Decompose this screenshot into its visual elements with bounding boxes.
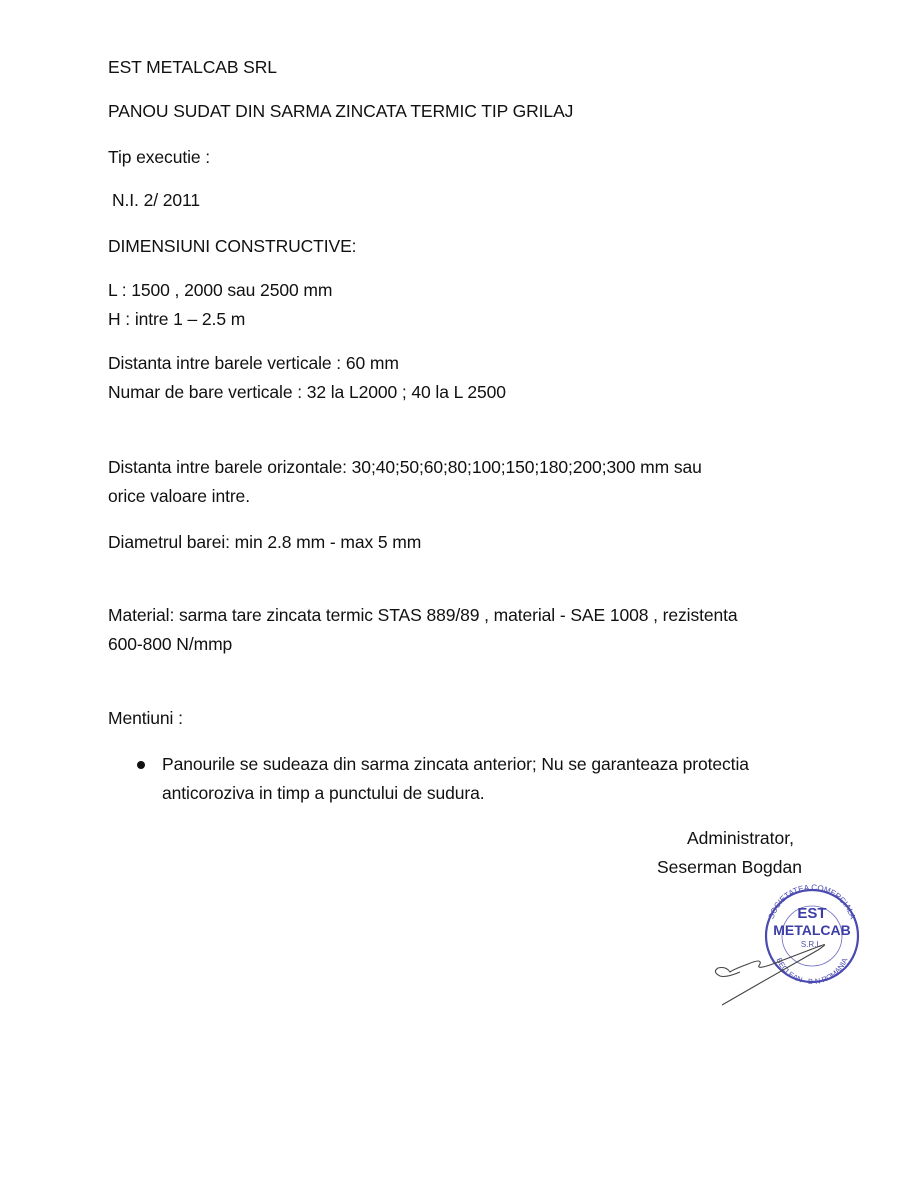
execution-value: N.I. 2/ 2011 — [112, 190, 200, 211]
horizontal-spacing-spec: Distanta intre barele orizontale: 30;40;… — [108, 457, 702, 478]
stamp-bottom-arc: BECLEAN - B-N ROMANIA — [775, 957, 850, 987]
svg-text:BECLEAN - B-N ROMANIA: BECLEAN - B-N ROMANIA — [775, 957, 850, 987]
stamp-center-1: EST — [797, 905, 826, 922]
material-spec: Material: sarma tare zincata termic STAS… — [108, 605, 738, 626]
bullet-icon — [137, 761, 145, 769]
horizontal-spacing-spec-cont: orice valoare intre. — [108, 486, 250, 507]
stamp-center-3: S.R.L. — [801, 940, 823, 949]
document-title: PANOU SUDAT DIN SARMA ZINCATA TERMIC TIP… — [108, 101, 573, 122]
vertical-count-spec: Numar de bare verticale : 32 la L2000 ; … — [108, 382, 506, 403]
stamp-center-2: METALCAB — [773, 922, 851, 938]
company-stamp-icon: SOCIETATEA COMERCIALA BECLEAN - B-N ROMA… — [700, 880, 870, 1010]
height-spec: H : intre 1 – 2.5 m — [108, 309, 245, 330]
diameter-spec: Diametrul barei: min 2.8 mm - max 5 mm — [108, 532, 421, 553]
material-spec-cont: 600-800 N/mmp — [108, 634, 232, 655]
length-spec: L : 1500 , 2000 sau 2500 mm — [108, 280, 332, 301]
note-text: Panourile se sudeaza din sarma zincata a… — [162, 754, 749, 775]
signatory-name: Seserman Bogdan — [657, 857, 802, 878]
note-text-cont: anticoroziva in timp a punctului de sudu… — [162, 783, 485, 804]
execution-label: Tip executie : — [108, 147, 210, 168]
vertical-spacing-spec: Distanta intre barele verticale : 60 mm — [108, 353, 399, 374]
company-name: EST METALCAB SRL — [108, 57, 277, 78]
dimensions-heading: DIMENSIUNI CONSTRUCTIVE: — [108, 236, 356, 257]
signatory-role: Administrator, — [687, 828, 794, 849]
notes-heading: Mentiuni : — [108, 708, 183, 729]
